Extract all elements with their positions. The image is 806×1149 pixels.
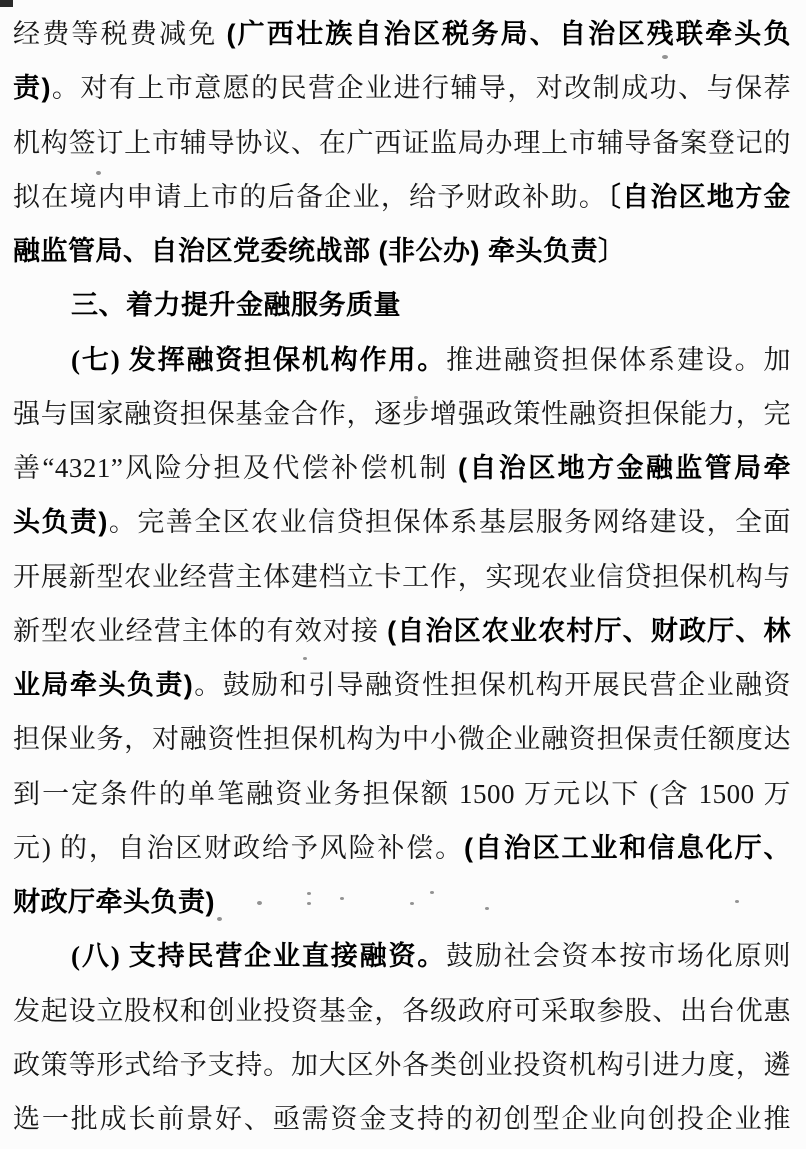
text-line: 业局牵头负责)。鼓励和引导融资性担保机构开展民营企业融资	[13, 658, 791, 712]
text-segment: 到一定条件的单笔融资业务担保额 1500 万元以下 (含 1500 万	[13, 779, 791, 809]
text-line: 善“4321”风险分担及代偿补偿机制 (自治区地方金融监管局牵	[13, 441, 791, 495]
responsible-dept-annotation: (自治区工业和信息化厅、	[464, 833, 791, 863]
scan-speck	[257, 901, 262, 905]
responsible-dept-annotation: 〔自治区地方金	[607, 182, 791, 212]
text-segment: 。鼓励和引导融资性担保机构开展民营企业融资	[193, 670, 791, 700]
scan-speck	[307, 902, 311, 905]
responsible-dept-annotation: 融监管局、自治区党委统战部 (非公办) 牵头负责〕	[13, 236, 625, 266]
text-line: (七) 发挥融资担保机构作用。推进融资担保体系建设。加	[13, 333, 791, 387]
text-line: 机构签订上市辅导协议、在广西证监局办理上市辅导备案登记的	[13, 116, 791, 170]
document-body: 经费等税费减免 (广西壮族自治区税务局、自治区残联牵头负 责)。对有上市意愿的民…	[13, 7, 791, 1146]
responsible-dept-annotation: 财政厅牵头负责)	[13, 887, 215, 917]
responsible-dept-annotation: 头负责)	[13, 507, 108, 537]
text-line: 担保业务，对融资性担保机构为中小微企业融资担保责任额度达	[13, 712, 791, 766]
text-segment: 经费等税费减免	[13, 19, 226, 49]
text-segment: 担保业务，对融资性担保机构为中小微企业融资担保责任额度达	[13, 724, 791, 754]
text-segment: 选一批成长前景好、亟需资金支持的初创型企业向创投企业推	[13, 1104, 791, 1134]
text-line: 经费等税费减免 (广西壮族自治区税务局、自治区残联牵头负	[13, 7, 791, 61]
scan-speck	[662, 55, 668, 59]
text-segment: 善“4321”风险分担及代偿补偿机制	[13, 453, 458, 483]
text-line: 责)。对有上市意愿的民营企业进行辅导，对改制成功、与保荐	[13, 61, 791, 115]
text-line: 到一定条件的单笔融资业务担保额 1500 万元以下 (含 1500 万	[13, 767, 791, 821]
text-segment: 鼓励社会资本按市场化原则	[446, 941, 791, 971]
scan-speck	[485, 907, 489, 910]
scanned-document-page: 经费等税费减免 (广西壮族自治区税务局、自治区残联牵头负 责)。对有上市意愿的民…	[0, 0, 806, 1149]
scan-speck	[410, 902, 414, 905]
item-title: (七) 发挥融资担保机构作用。	[71, 345, 446, 375]
responsible-dept-annotation: (自治区农业农村厅、财政厅、林	[387, 616, 791, 646]
scan-speck	[217, 917, 222, 921]
scan-smudge	[0, 0, 13, 7]
responsible-dept-annotation: (自治区地方金融监管局牵	[458, 453, 791, 483]
responsible-dept-annotation: (广西壮族自治区税务局、自治区残联牵头负	[226, 19, 791, 49]
text-segment: 开展新型农业经营主体建档立卡工作，实现农业信贷担保机构与	[13, 562, 791, 592]
text-line: 头负责)。完善全区农业信贷担保体系基层服务网络建设，全面	[13, 495, 791, 549]
scan-speck	[96, 171, 101, 175]
text-segment: 拟在境内申请上市的后备企业，给予财政补助。	[13, 182, 607, 212]
text-segment: 强与国家融资担保基金合作，逐步增强政策性融资担保能力，完	[13, 399, 791, 429]
section-heading: 三、着力提升金融服务质量	[13, 278, 791, 332]
text-line: 强与国家融资担保基金合作，逐步增强政策性融资担保能力，完	[13, 387, 791, 441]
item-title: (八) 支持民营企业直接融资。	[71, 941, 446, 971]
text-segment: 政策等形式给予支持。加大区外各类创业投资机构引进力度，遴	[13, 1050, 791, 1080]
scan-speck	[430, 891, 434, 894]
text-segment: 。对有上市意愿的民营企业进行辅导，对改制成功、与保荐	[51, 73, 791, 103]
responsible-dept-annotation: 责)	[13, 73, 51, 103]
text-line: 政策等形式给予支持。加大区外各类创业投资机构引进力度，遴	[13, 1038, 791, 1092]
text-line: (八) 支持民营企业直接融资。鼓励社会资本按市场化原则	[13, 929, 791, 983]
text-line: 新型农业经营主体的有效对接 (自治区农业农村厅、财政厅、林	[13, 604, 791, 658]
text-line: 发起设立股权和创业投资基金，各级政府可采取参股、出台优惠	[13, 984, 791, 1038]
text-line: 选一批成长前景好、亟需资金支持的初创型企业向创投企业推	[13, 1092, 791, 1146]
scan-speck	[414, 396, 418, 399]
scan-speck	[307, 892, 311, 895]
text-line: 元) 的，自治区财政给予风险补偿。(自治区工业和信息化厅、	[13, 821, 791, 875]
text-segment: 新型农业经营主体的有效对接	[13, 616, 387, 646]
heading-text: 三、着力提升金融服务质量	[71, 290, 401, 320]
text-segment: 。完善全区农业信贷担保体系基层服务网络建设，全面	[108, 507, 791, 537]
scan-speck	[340, 897, 344, 900]
text-line: 开展新型农业经营主体建档立卡工作，实现农业信贷担保机构与	[13, 550, 791, 604]
scan-speck	[735, 900, 739, 903]
text-segment: 发起设立股权和创业投资基金，各级政府可采取参股、出台优惠	[13, 996, 791, 1026]
responsible-dept-annotation: 业局牵头负责)	[13, 670, 193, 700]
text-line: 拟在境内申请上市的后备企业，给予财政补助。〔自治区地方金	[13, 170, 791, 224]
text-segment: 元) 的，自治区财政给予风险补偿。	[13, 833, 464, 863]
text-line: 财政厅牵头负责)	[13, 875, 791, 929]
text-segment: 机构签订上市辅导协议、在广西证监局办理上市辅导备案登记的	[13, 128, 791, 158]
scan-speck	[303, 657, 307, 660]
text-line: 融监管局、自治区党委统战部 (非公办) 牵头负责〕	[13, 224, 791, 278]
text-segment: 推进融资担保体系建设。加	[446, 345, 791, 375]
